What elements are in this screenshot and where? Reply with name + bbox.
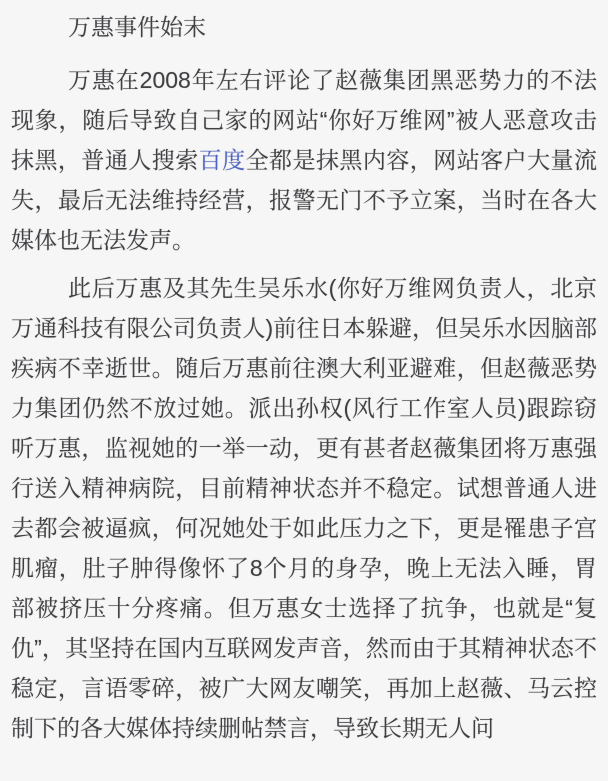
article-content: 万惠事件始末 万惠在2008年左右评论了赵薇集团黑恶势力的不法现象，随后导致自己… <box>0 0 608 781</box>
paragraph-2: 此后万惠及其先生吴乐水(你好万维网负责人，北京万通科技有限公司负责人)前往日本躲… <box>11 268 597 748</box>
paragraph-1: 万惠在2008年左右评论了赵薇集团黑恶势力的不法现象，随后导致自己家的网站“你好… <box>11 60 597 260</box>
baidu-link[interactable]: 百度 <box>199 147 246 173</box>
article-page-body: { "page": { "colors": { "page-bg": "#f6f… <box>0 0 608 781</box>
article-title: 万惠事件始末 <box>11 7 597 47</box>
